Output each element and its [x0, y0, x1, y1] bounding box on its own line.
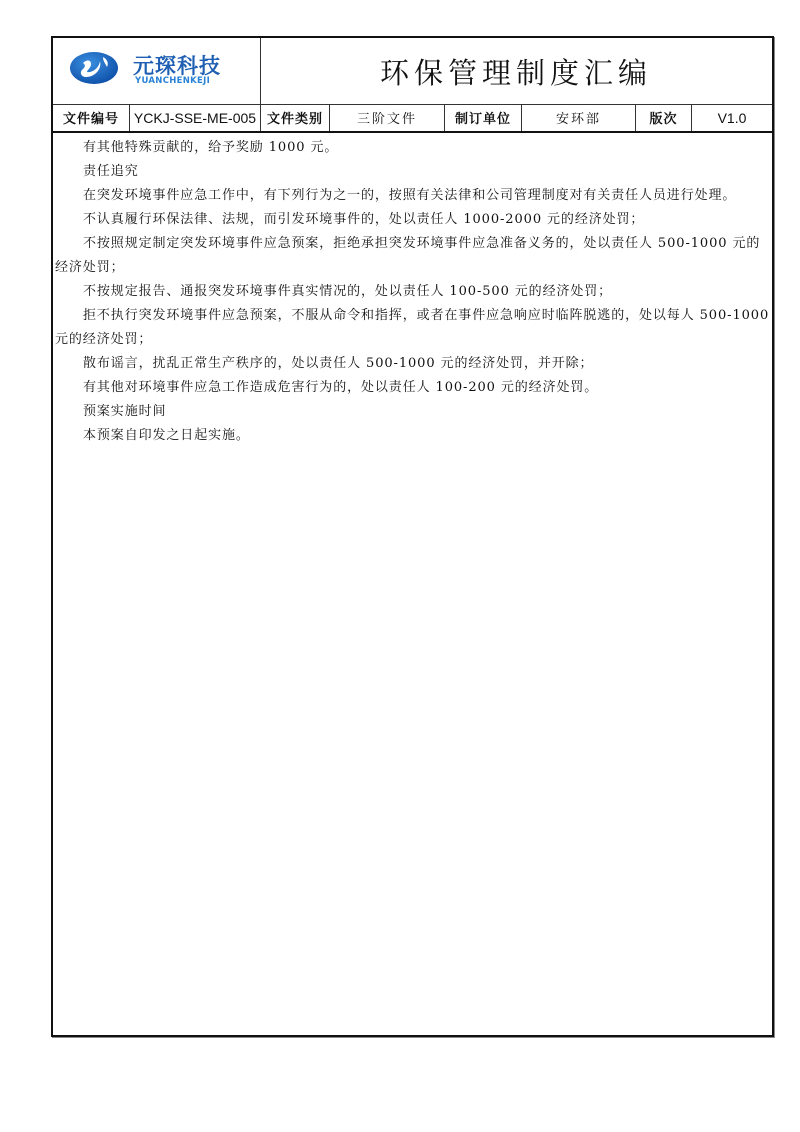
document-title: 环保管理制度汇编 [380, 51, 652, 92]
document-page: 元琛科技 YUANCHENKEJI 环保管理制度汇编 文件编号 YCKJ-SSE… [51, 36, 774, 1037]
paragraph-reward: 有其他特殊贡献的，给予奖励 1000 元。 [55, 136, 770, 160]
paragraph-penalty-5: 散布谣言，扰乱正常生产秩序的，处以责任人 500-1000 元的经济处罚，并开除… [55, 352, 770, 376]
category-label: 文件类别 [261, 104, 330, 131]
paragraph-penalty-2: 不按照规定制定突发环境事件应急预案，拒绝承担突发环境事件应急准备义务的，处以责任… [55, 232, 770, 280]
paragraph-penalty-6: 有其他对环境事件应急工作造成危害行为的，处以责任人 100-200 元的经济处罚… [55, 376, 770, 400]
title-cell: 环保管理制度汇编 [260, 38, 772, 104]
logo-cell: 元琛科技 YUANCHENKEJI [53, 38, 261, 104]
company-name-en: YUANCHENKEJI [135, 76, 210, 86]
paragraph-penalty-3: 不按规定报告、通报突发环境事件真实情况的，处以责任人 100-500 元的经济处… [55, 280, 770, 304]
category-value: 三阶文件 [330, 104, 445, 131]
paragraph-penalty-4: 拒不执行突发环境事件应急预案，不服从命令和指挥，或者在事件应急响应时临阵脱逃的，… [55, 304, 770, 352]
doc-no-label: 文件编号 [53, 104, 130, 131]
paragraph-penalty-1: 不认真履行环保法律、法规，而引发环境事件的，处以责任人 1000-2000 元的… [55, 208, 770, 232]
version-label: 版次 [636, 104, 692, 131]
dept-label: 制订单位 [445, 104, 522, 131]
doc-no-value: YCKJ-SSE-ME-005 [130, 104, 261, 131]
document-header: 元琛科技 YUANCHENKEJI 环保管理制度汇编 [53, 38, 772, 105]
company-logo-icon [69, 51, 119, 85]
dept-value: 安环部 [522, 104, 636, 131]
paragraph-implementation: 本预案自印发之日起实施。 [55, 424, 770, 448]
paragraph-accountability-intro: 在突发环境事件应急工作中，有下列行为之一的，按照有关法律和公司管理制度对有关责任… [55, 184, 770, 208]
heading-accountability: 责任追究 [55, 160, 770, 184]
heading-implementation-time: 预案实施时间 [55, 400, 770, 424]
version-value: V1.0 [692, 104, 772, 131]
document-meta-row: 文件编号 YCKJ-SSE-ME-005 文件类别 三阶文件 制订单位 安环部 … [53, 104, 772, 133]
document-body: 有其他特殊贡献的，给予奖励 1000 元。 责任追究 在突发环境事件应急工作中，… [53, 133, 772, 448]
